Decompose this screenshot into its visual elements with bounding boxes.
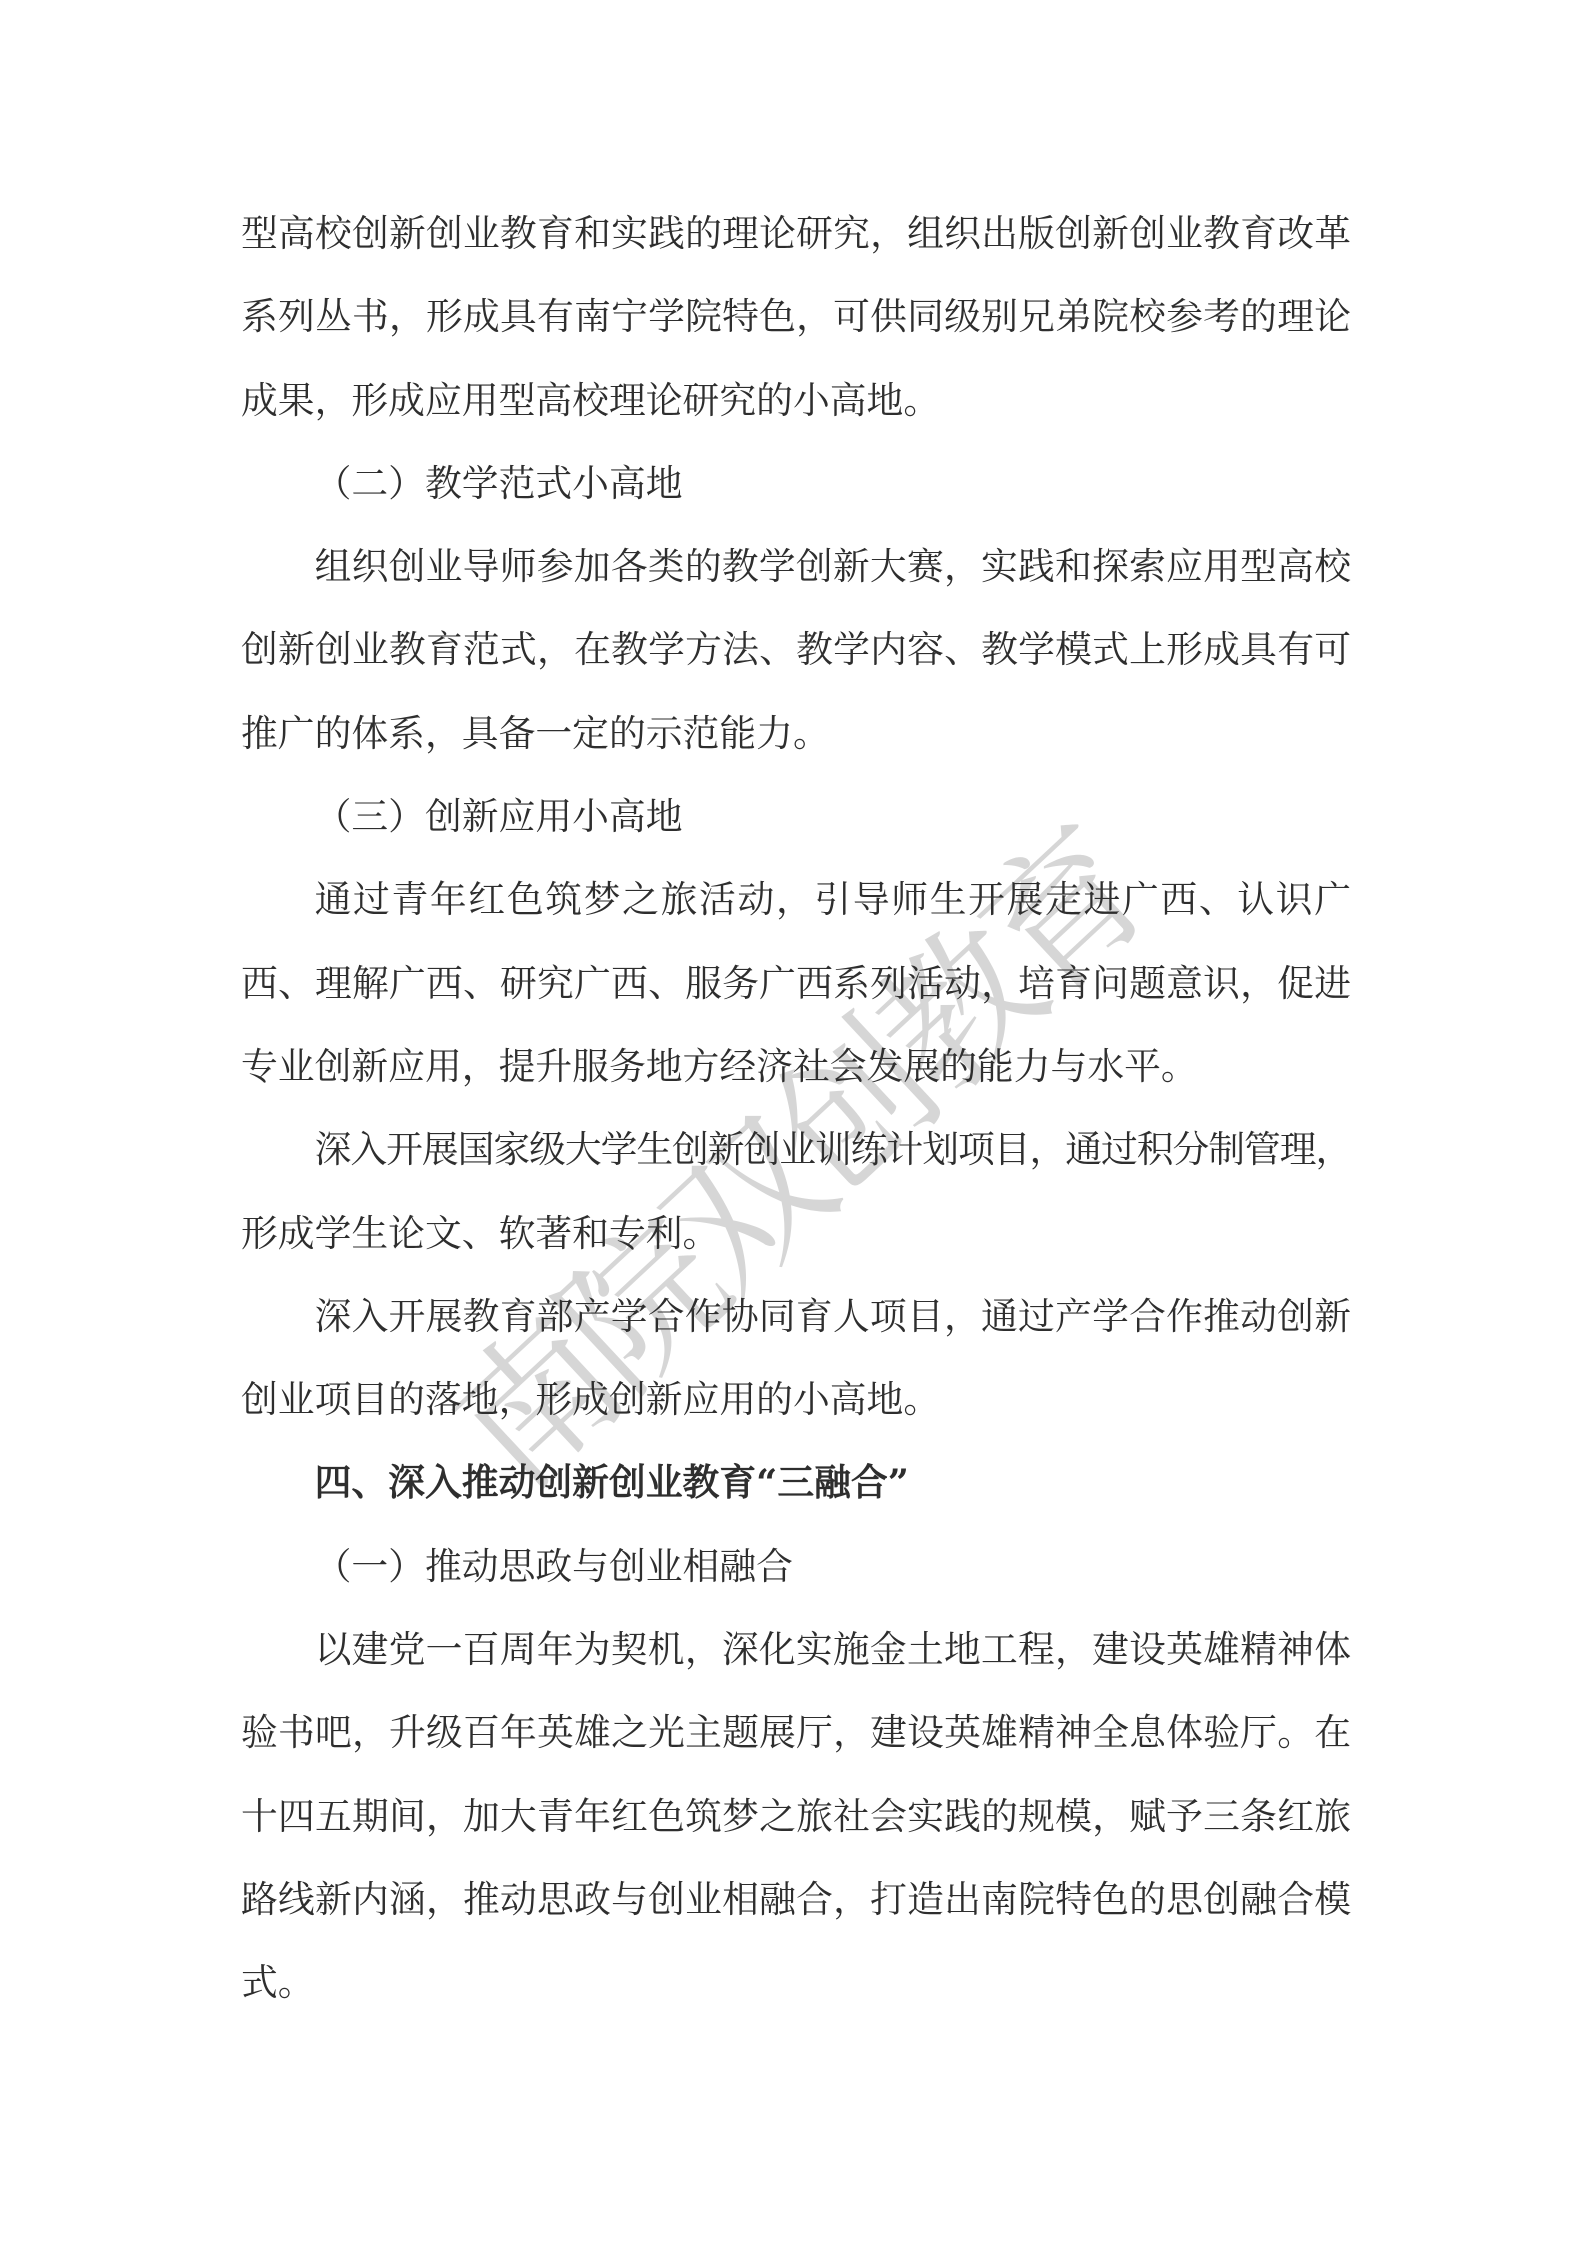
- subheading-line: （二）教学范式小高地: [241, 442, 1351, 525]
- text-line: 验书吧，升级百年英雄之光主题展厅，建设英雄精神全息体验厅。在: [241, 1691, 1351, 1774]
- text-line: 深入开展国家级大学生创新创业训练计划项目，通过积分制管理，: [241, 1108, 1351, 1191]
- subheading-line: （一）推动思政与创业相融合: [241, 1525, 1351, 1608]
- text-line: 专业创新应用，提升服务地方经济社会发展的能力与水平。: [241, 1025, 1351, 1108]
- text-line: 通过青年红色筑梦之旅活动，引导师生开展走进广西、认识广: [241, 858, 1351, 941]
- text-line: 创业项目的落地，形成创新应用的小高地。: [241, 1358, 1351, 1441]
- text-line: 系列丛书，形成具有南宁学院特色，可供同级别兄弟院校参考的理论: [241, 275, 1351, 358]
- text-line: 组织创业导师参加各类的教学创新大赛，实践和探索应用型高校: [241, 525, 1351, 608]
- text-line: 形成学生论文、软著和专利。: [241, 1192, 1351, 1275]
- text-line: 以建党一百周年为契机，深化实施金土地工程，建设英雄精神体: [241, 1608, 1351, 1691]
- document-text-block: 型高校创新创业教育和实践的理论研究，组织出版创新创业教育改革 系列丛书，形成具有…: [241, 192, 1351, 2025]
- document-page: 南院双创教育 型高校创新创业教育和实践的理论研究，组织出版创新创业教育改革 系列…: [0, 0, 1586, 2244]
- text-line: 成果，形成应用型高校理论研究的小高地。: [241, 359, 1351, 442]
- subheading-line: （三）创新应用小高地: [241, 775, 1351, 858]
- text-line: 路线新内涵，推动思政与创业相融合，打造出南院特色的思创融合模: [241, 1858, 1351, 1941]
- text-line: 型高校创新创业教育和实践的理论研究，组织出版创新创业教育改革: [241, 192, 1351, 275]
- section-heading-line: 四、深入推动创新创业教育“三融合”: [241, 1441, 1351, 1524]
- text-line: 西、理解广西、研究广西、服务广西系列活动，培育问题意识，促进: [241, 942, 1351, 1025]
- text-line: 深入开展教育部产学合作协同育人项目，通过产学合作推动创新: [241, 1275, 1351, 1358]
- text-line: 式。: [241, 1941, 1351, 2024]
- text-line: 推广的体系，具备一定的示范能力。: [241, 692, 1351, 775]
- text-line: 十四五期间，加大青年红色筑梦之旅社会实践的规模，赋予三条红旅: [241, 1775, 1351, 1858]
- text-line: 创新创业教育范式，在教学方法、教学内容、教学模式上形成具有可: [241, 608, 1351, 691]
